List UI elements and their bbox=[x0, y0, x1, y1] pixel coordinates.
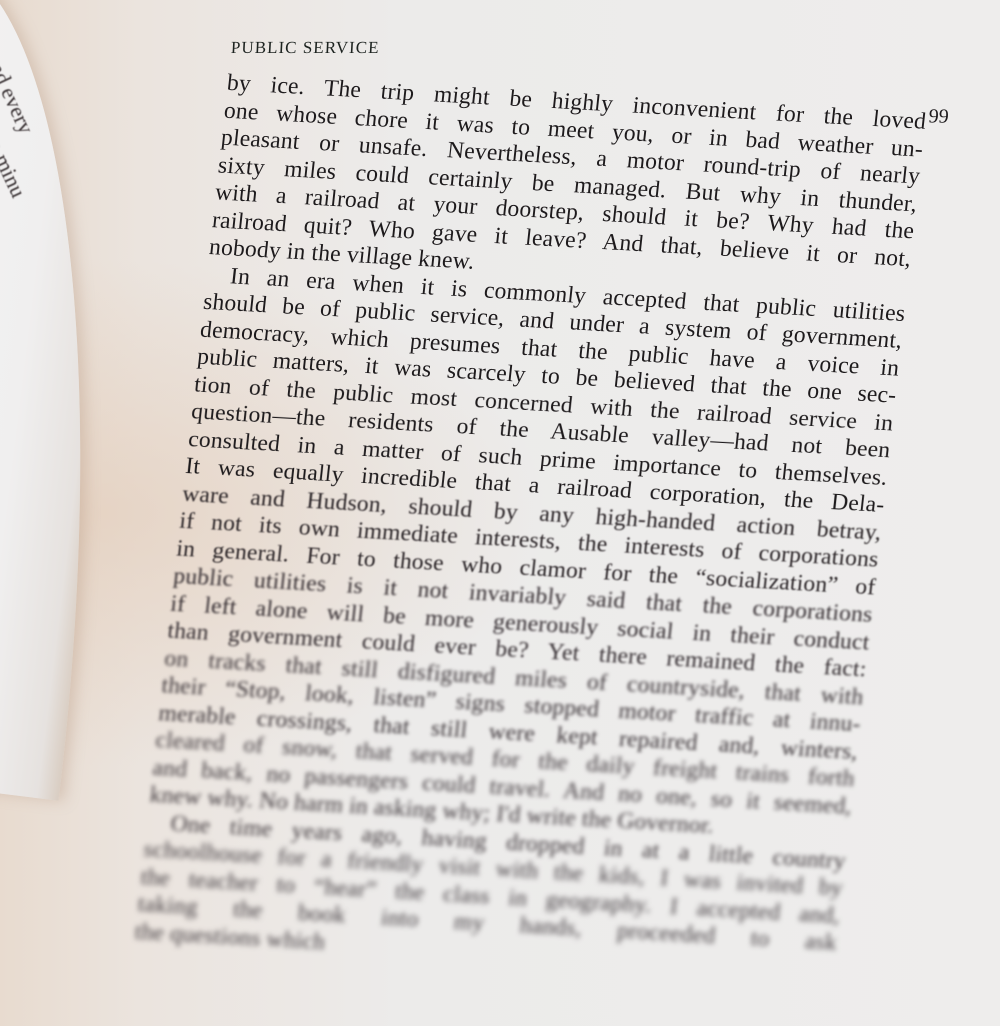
running-head-title: PUBLIC SERVICE bbox=[230, 38, 380, 58]
page-number: 99 bbox=[928, 105, 950, 128]
page-text-block: PUBLIC SERVICE 99 by ice. The trip might… bbox=[133, 38, 931, 985]
body-text: by ice. The trip might be highly inconve… bbox=[133, 70, 927, 985]
book-photo: his ass, and every repeat, one or two mi… bbox=[0, 0, 1000, 1026]
